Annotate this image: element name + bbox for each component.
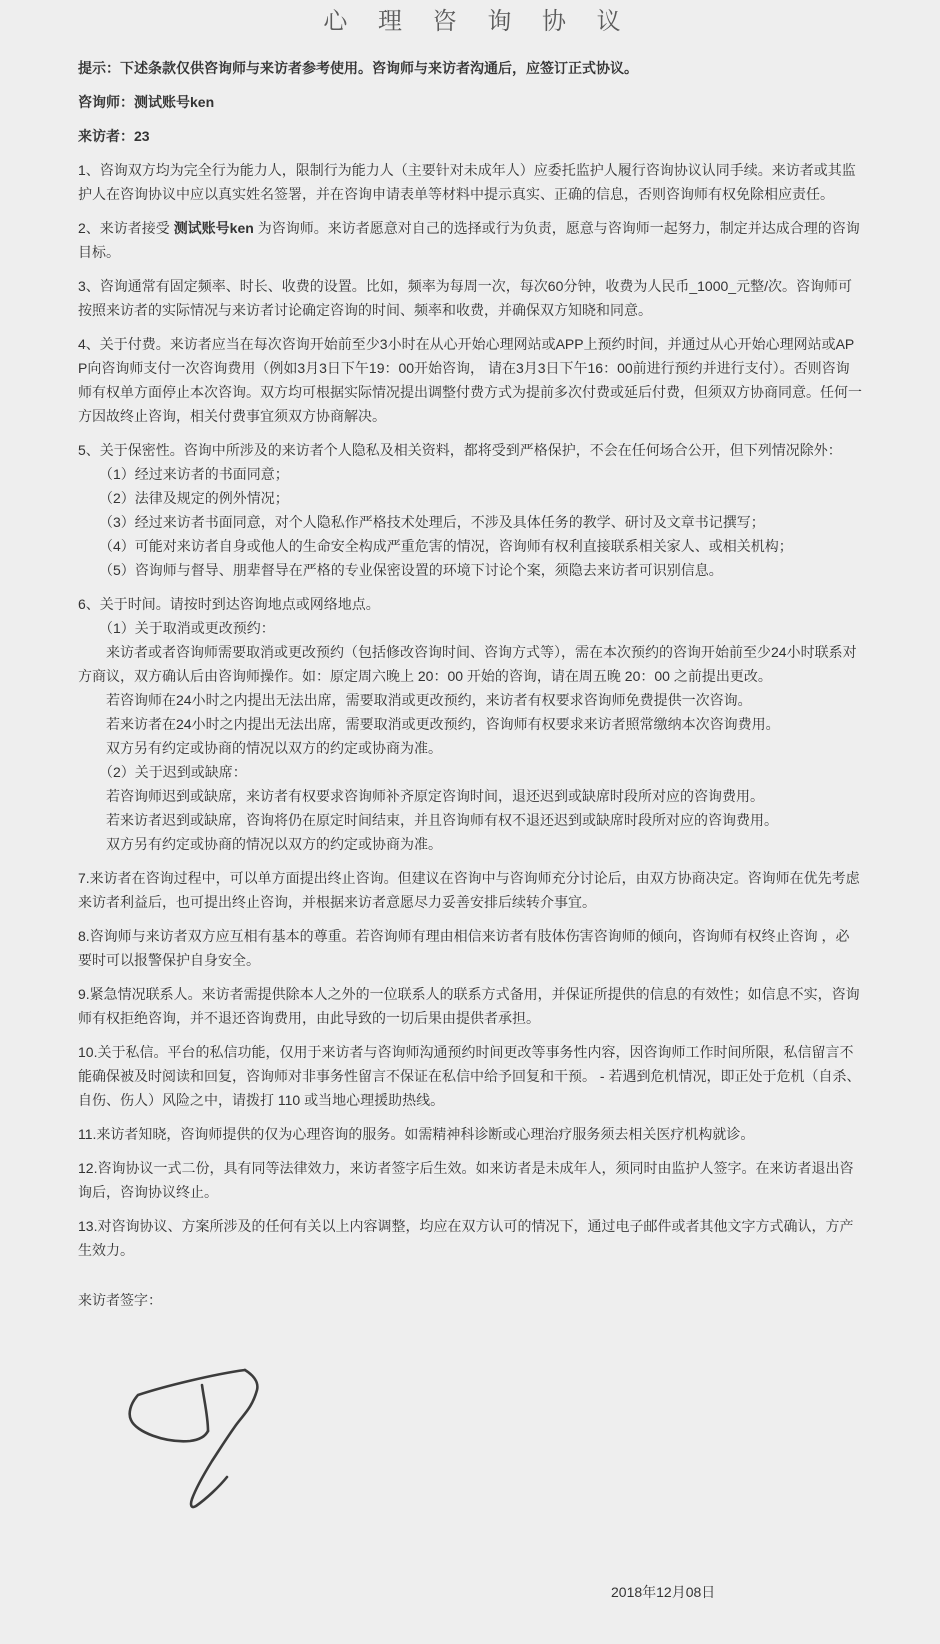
counselor-line: 咨询师：测试账号ken [78,90,862,114]
clause-2-pre: 2、来访者接受 [78,220,174,236]
clause-12: 12.咨询协议一式二份，具有同等法律效力，来访者签字后生效。如来访者是未成年人，… [78,1156,862,1204]
clause-7: 7.来访者在咨询过程中，可以单方面提出终止咨询。但建议在咨询中与咨询师充分讨论后… [78,866,862,914]
clause-1: 1、咨询双方均为完全行为能力人，限制行为能力人（主要针对未成年人）应委托监护人履… [78,158,862,206]
agreement-date: 2018年12月08日 [611,1580,862,1604]
clause-11: 11.来访者知晓，咨询师提供的仅为心理咨询的服务。如需精神科诊断或心理治疗服务须… [78,1122,862,1146]
clause-5: 5、关于保密性。咨询中所涉及的来访者个人隐私及相关资料，都将受到严格保护，不会在… [78,438,862,582]
clause-8: 8.咨询师与来访者双方应互相有基本的尊重。若咨询师有理由相信来访者有肢体伤害咨询… [78,924,862,972]
page-title: 心 理 咨 询 协 议 [78,7,862,37]
clause-6: 6、关于时间。请按时到达咨询地点或网络地点。 （1）关于取消或更改预约： 来访者… [78,592,862,856]
agreement-document: 心 理 咨 询 协 议 提示：下述条款仅供咨询师与来访者参考使用。咨询师与来访者… [0,0,940,1604]
clause-2: 2、来访者接受 测试账号ken 为咨询师。来访者愿意对自己的选择或行为负责，愿意… [78,216,862,264]
clause-13: 13.对咨询协议、方案所涉及的任何有关以上内容调整，均应在双方认可的情况下，通过… [78,1214,862,1262]
clause-2-counselor-name: 测试账号ken [174,220,254,236]
clause-9: 9.紧急情况联系人。来访者需提供除本人之外的一位联系人的联系方式备用，并保证所提… [78,982,862,1030]
notice-line: 提示：下述条款仅供咨询师与来访者参考使用。咨询师与来访者沟通后，应签订正式协议。 [78,56,862,80]
clause-10: 10.关于私信。平台的私信功能，仅用于来访者与咨询师沟通预约时间更改等事务性内容… [78,1040,862,1112]
clause-3: 3、咨询通常有固定频率、时长、收费的设置。比如，频率为每周一次，每次60分钟，收… [78,274,862,322]
signature-drawing [120,1364,270,1516]
visitor-line: 来访者：23 [78,124,862,148]
visitor-signature-label: 来访者签字： [78,1288,862,1312]
visitor-signature [120,1364,270,1516]
clause-4: 4、关于付费。来访者应当在每次咨询开始前至少3小时在从心开始心理网站或APP上预… [78,332,862,428]
